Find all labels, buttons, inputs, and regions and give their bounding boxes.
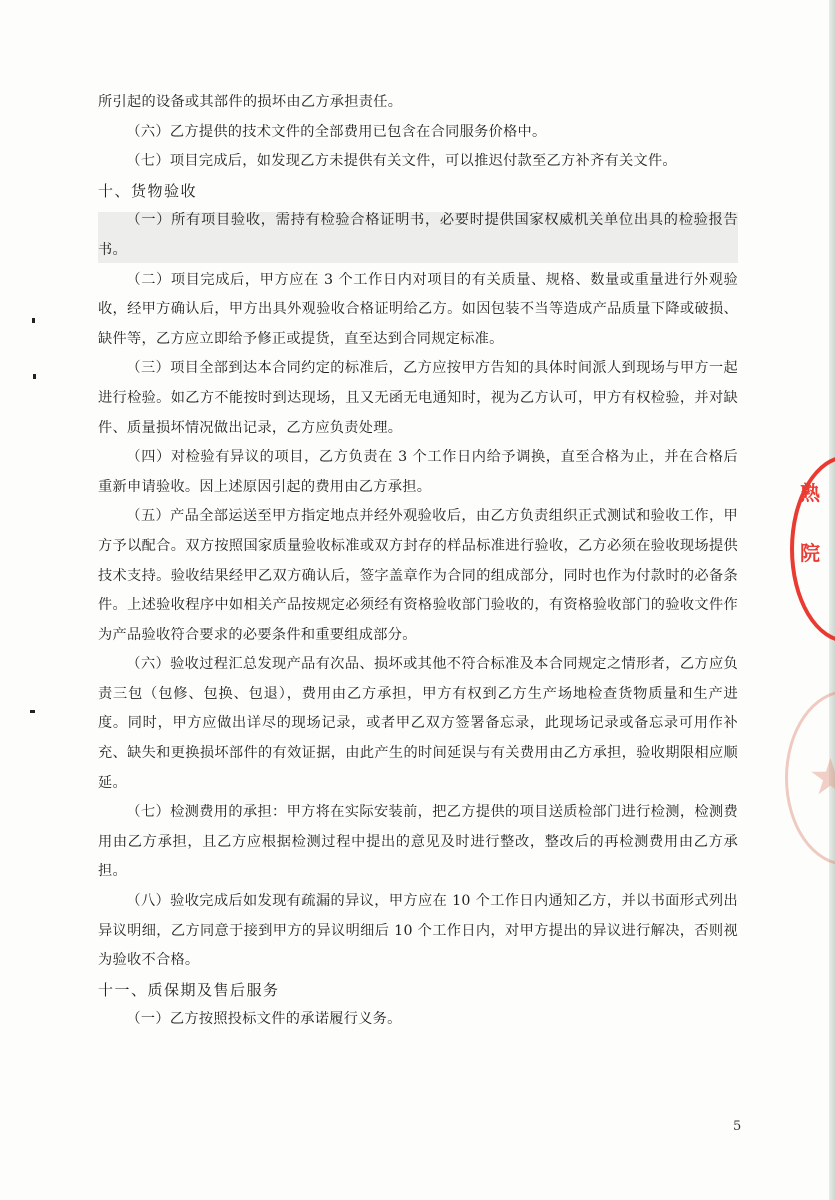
seal-char: 熟 (800, 477, 820, 506)
seal-char: 院 (800, 537, 820, 566)
clause-7-testing-fees: （七）检测费用的承担：甲方将在实际安装前，把乙方提供的项目送质检部门进行检测，检… (98, 798, 738, 887)
clause-1-inspection-certificate: （一）所有项目验收，需持有检验合格证明书，必要时提供国家权威机关单位出具的检验报… (98, 206, 738, 265)
faint-seal-stamp: ★ (785, 690, 835, 866)
clause-2-visual-inspection: （二）项目完成后，甲方应在 3 个工作日内对项目的有关质量、规格、数量或重量进行… (98, 266, 738, 355)
clause-6-defects-warranty: （六）验收过程汇总发现产品有次品、损坏或其他不符合标准及本合同规定之情形者，乙方… (98, 650, 738, 798)
clause-1-bid-commitment: （一）乙方按照投标文件的承诺履行义务。 (98, 1005, 738, 1035)
clause-4-disputed-items: （四）对检验有异议的项目，乙方负责在 3 个工作日内给予调换，直至合格为止，并在… (98, 443, 738, 502)
clause-3-joint-inspection: （三）项目全部到达本合同约定的标准后，乙方应按甲方告知的具体时间派人到现场与甲方… (98, 354, 738, 443)
page-number: 5 (733, 1119, 741, 1134)
section-heading-warranty-service: 十一、质保期及售后服务 (98, 976, 738, 1006)
clause-8-omission-objections: （八）验收完成后如发现有疏漏的异议，甲方应在 10 个工作日内通知乙方，并以书面… (98, 887, 738, 976)
scan-speck (32, 318, 35, 323)
clause-7-deferred-payment: （七）项目完成后，如发现乙方未提供有关文件，可以推迟付款至乙方补齐有关文件。 (98, 147, 738, 177)
red-seal-stamp: 熟 院 (790, 455, 835, 643)
star-icon: ★ (808, 748, 835, 806)
clause-5-formal-testing: （五）产品全部运送至甲方指定地点并经外观验收后，由乙方负责组织正式测试和验收工作… (98, 502, 738, 650)
document-body: 所引起的设备或其部件的损坏由乙方承担责任。 （六）乙方提供的技术文件的全部费用已… (98, 88, 738, 1035)
section-heading-goods-acceptance: 十、货物验收 (98, 177, 738, 207)
scan-speck (33, 374, 36, 379)
clause-6-tech-docs-fee: （六）乙方提供的技术文件的全部费用已包含在合同服务价格中。 (98, 118, 738, 148)
scan-speck (30, 710, 35, 713)
paragraph-continuation: 所引起的设备或其部件的损坏由乙方承担责任。 (98, 88, 738, 118)
